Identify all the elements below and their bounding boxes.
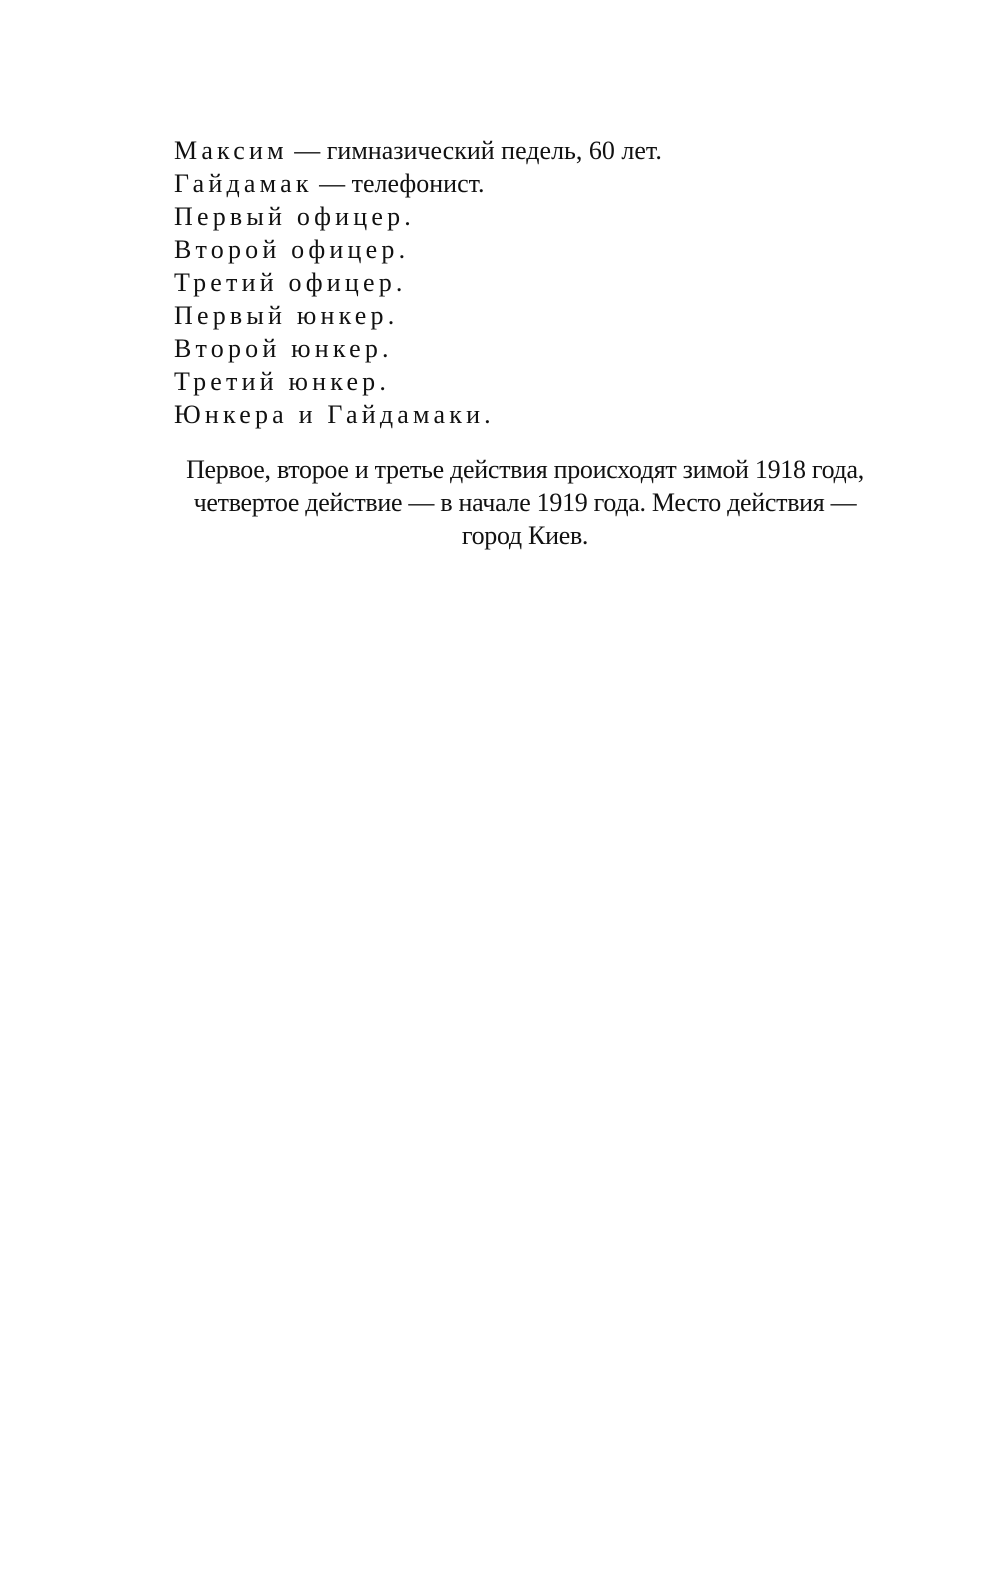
cast-item: Гайдамак — телефонист. xyxy=(174,167,894,200)
cast-item: Второй юнкер. xyxy=(174,332,894,365)
character-description: — гимназический педель, 60 лет. xyxy=(288,136,662,165)
setting-note-line: четвертое действие — в начале 1919 года.… xyxy=(194,488,857,517)
cast-list: Максим — гимназический педель, 60 лет. Г… xyxy=(174,134,894,431)
cast-item: Второй офицер. xyxy=(174,233,894,266)
character-name: Второй офицер. xyxy=(174,235,409,264)
character-name: Гайдамак xyxy=(174,169,313,198)
cast-item: Первый юнкер. xyxy=(174,299,894,332)
character-description: — телефонист. xyxy=(313,169,485,198)
book-page: Максим — гимназический педель, 60 лет. Г… xyxy=(0,0,1000,1583)
character-name: Третий юнкер. xyxy=(174,367,390,396)
character-name: Третий офицер. xyxy=(174,268,407,297)
character-name: Первый офицер. xyxy=(174,202,415,231)
cast-item: Третий офицер. xyxy=(174,266,894,299)
setting-note-line: Первое, второе и третье действия происхо… xyxy=(186,455,864,484)
setting-note: Первое, второе и третье действия происхо… xyxy=(160,453,890,552)
setting-note-line: город Киев. xyxy=(462,521,588,550)
character-name: Юнкера и Гайдамаки. xyxy=(174,400,495,429)
character-name: Максим xyxy=(174,136,288,165)
cast-item: Юнкера и Гайдамаки. xyxy=(174,398,894,431)
cast-item: Первый офицер. xyxy=(174,200,894,233)
character-name: Первый юнкер. xyxy=(174,301,398,330)
cast-item: Третий юнкер. xyxy=(174,365,894,398)
cast-item: Максим — гимназический педель, 60 лет. xyxy=(174,134,894,167)
character-name: Второй юнкер. xyxy=(174,334,393,363)
